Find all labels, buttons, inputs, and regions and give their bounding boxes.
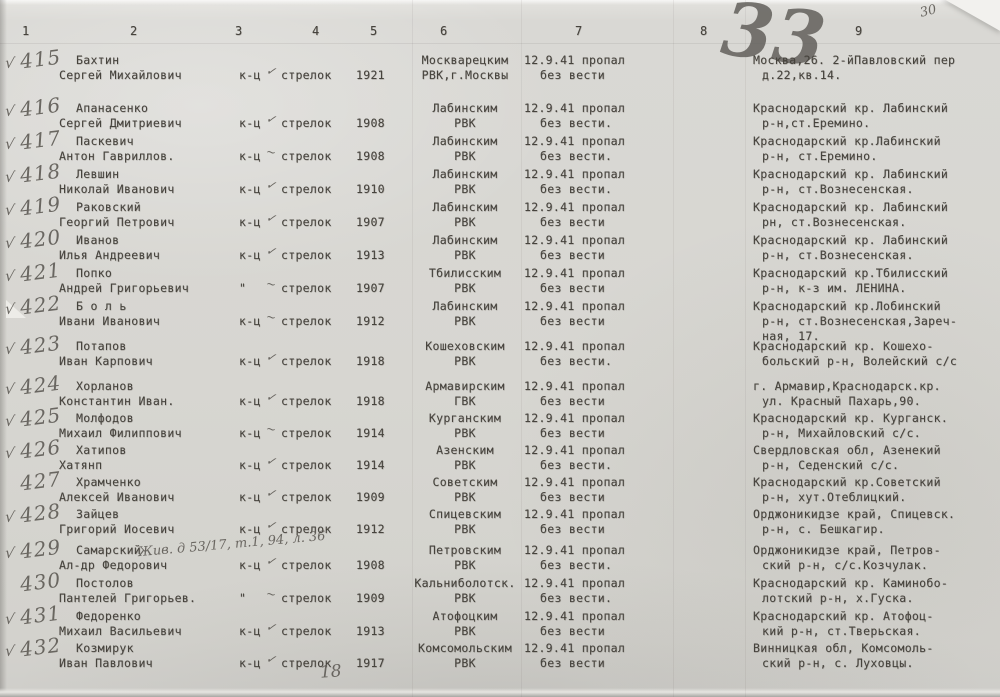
record-number: 424 (19, 371, 63, 400)
birth-year: 1918 (356, 394, 385, 409)
rank: к-ц (239, 558, 261, 573)
pencil-checkmark: √ (4, 233, 16, 252)
birth-year: 1914 (356, 426, 385, 441)
given-name-patronymic: Пантелей Григорьев. (59, 591, 196, 606)
rank: к-ц (239, 215, 261, 230)
casualty-status-line2: без вести. (540, 182, 612, 197)
record-row-423: √423ПотаповИван Карповичк-ц✓стрелок1918К… (0, 339, 1000, 379)
military-position: стрелок (281, 591, 332, 606)
rank: к-ц (239, 116, 261, 131)
pencil-checkmark: √ (4, 101, 16, 120)
pencil-tick: ~ (265, 309, 277, 325)
casualty-status-line2: без вести. (540, 116, 612, 131)
home-address-line2: больский р-н, Волейский с/с (762, 354, 957, 369)
pencil-checkmark: √ (4, 543, 16, 562)
pencil-checkmark: √ (4, 609, 16, 628)
home-address-line1: Краснодарский кр.Лобинский (753, 299, 941, 314)
column-number-6: 6 (440, 24, 448, 39)
rank: к-ц (239, 490, 261, 505)
casualty-status-line1: 12.9.41 пропал (524, 233, 625, 248)
military-position: стрелок (281, 116, 332, 131)
record-number: 423 (19, 331, 63, 360)
home-address-line2: р-н,ст.Еремино. (762, 116, 870, 131)
record-row-426: √426ХатиповХатянпк-ц✓стрелок1914Азенским… (0, 443, 1000, 475)
pencil-checkmark: √ (4, 266, 16, 285)
home-address-line1: Краснодарский кр. Лабинский (753, 167, 948, 182)
enlistment-office: Лабинским (406, 299, 524, 314)
record-row-432: √432КозмирукИван Павловичк-ц✓стрелок1917… (0, 641, 1000, 674)
pencil-tick: ✓ (265, 243, 277, 259)
record-number: 429 (19, 535, 63, 564)
home-address-line1: Орджоникидзе край, Петров- (753, 543, 941, 558)
record-row-422: √422Б о л ьИвани Ивановичк-ц~стрелок1912… (0, 299, 1000, 339)
given-name-patronymic: Антон Гавриллов. (59, 149, 175, 164)
casualty-status-line2: без вести. (540, 458, 612, 473)
enlistment-office: Лабинским (406, 134, 524, 149)
birth-year: 1908 (356, 558, 385, 573)
rank: к-ц (239, 624, 261, 639)
record-row-430: 430ПостоловПантелей Григорьев."~стрелок1… (0, 576, 1000, 609)
casualty-status-line2: без вести (540, 426, 605, 441)
pencil-tick: ✓ (265, 517, 277, 533)
rank: к-ц (239, 248, 261, 263)
scan-bottom-edge (0, 688, 1000, 697)
pencil-checkmark: √ (4, 299, 16, 318)
home-address-line1: Москва,26. 2-йПавловский пер (753, 53, 955, 68)
military-position: стрелок (281, 490, 332, 505)
birth-year: 1907 (356, 281, 385, 296)
surname: Паскевич (76, 134, 134, 149)
record-row-428: √428ЗайцевГригорий Иосевичк-ц✓стрелок191… (0, 507, 1000, 543)
rank: " (239, 281, 246, 296)
military-position: стрелок (281, 215, 332, 230)
casualty-status-line1: 12.9.41 пропал (524, 507, 625, 522)
given-name-patronymic: Сергей Михайлович (59, 68, 182, 83)
military-position: стрелок (281, 314, 332, 329)
pencil-tick: ✓ (265, 349, 277, 365)
record-row-418: √418ЛевшинНиколай Ивановичк-ц✓стрелок191… (0, 167, 1000, 200)
surname: Попко (76, 266, 112, 281)
casualty-status-line1: 12.9.41 пропал (524, 266, 625, 281)
casualty-status-line2: без вести (540, 248, 605, 263)
rank: к-ц (239, 426, 261, 441)
enlistment-office-line2: РВК (406, 354, 524, 369)
casualty-status-line1: 12.9.41 пропал (524, 339, 625, 354)
enlistment-office: Петровским (406, 543, 524, 558)
casualty-status-line1: 12.9.41 пропал (524, 53, 625, 68)
enlistment-office-line2: РВК (406, 426, 524, 441)
rank: к-ц (239, 149, 261, 164)
military-position: стрелок (281, 624, 332, 639)
given-name-patronymic: Ивани Иванович (59, 314, 160, 329)
pencil-checkmark: √ (4, 379, 16, 398)
scanned-document-page: 123456789 33 30 √415БахтинСергей Михайло… (0, 0, 1000, 697)
pencil-tick: ~ (265, 421, 277, 437)
military-position: стрелок (281, 558, 332, 573)
surname: Левшин (76, 167, 119, 182)
casualty-status-line1: 12.9.41 пропал (524, 576, 625, 591)
military-position: стрелок (281, 149, 332, 164)
column-number-8: 8 (700, 24, 708, 39)
enlistment-office: Лабинским (406, 200, 524, 215)
surname: Иванов (76, 233, 119, 248)
surname: Бахтин (76, 53, 119, 68)
birth-year: 1910 (356, 182, 385, 197)
record-number: 417 (19, 126, 63, 155)
enlistment-office: Курганским (406, 411, 524, 426)
casualty-status-line1: 12.9.41 пропал (524, 411, 625, 426)
given-name-patronymic: Алексей Иванович (59, 490, 175, 505)
pencil-checkmark: √ (4, 443, 16, 462)
home-address-line2: р-н, с. Бешкагир. (762, 522, 885, 537)
rank: к-ц (239, 68, 261, 83)
casualty-status-line1: 12.9.41 пропал (524, 475, 625, 490)
military-position: стрелок (281, 182, 332, 197)
pencil-checkmark: √ (4, 507, 16, 526)
enlistment-office-line2: РВК (406, 281, 524, 296)
birth-year: 1908 (356, 149, 385, 164)
pencil-note-30: 30 (918, 2, 938, 21)
military-position: стрелок (281, 354, 332, 369)
record-number: 421 (19, 258, 63, 287)
record-number: 427 (19, 467, 63, 496)
pencil-checkmark: √ (4, 134, 16, 153)
record-number: 428 (19, 499, 63, 528)
surname: Потапов (76, 339, 127, 354)
pencil-tick: ~ (265, 586, 277, 602)
home-address-line1: Краснодарский кр.Советский (753, 475, 941, 490)
enlistment-office: Лабинским (406, 167, 524, 182)
casualty-status-line1: 12.9.41 пропал (524, 101, 625, 116)
column-number-9: 9 (855, 24, 863, 39)
home-address-line2: ский р-н, с/с.Козчулак. (762, 558, 928, 573)
folded-page-corner (942, 0, 1000, 32)
home-address-line1: Краснодарский кр.Лабинский (753, 134, 941, 149)
record-number: 419 (19, 192, 63, 221)
surname: Раковский (76, 200, 141, 215)
pencil-checkmark: √ (4, 200, 16, 219)
home-address-line2: ский р-н, с. Луховцы. (762, 656, 914, 671)
surname: Козмирук (76, 641, 134, 656)
pencil-tick: ✓ (265, 453, 277, 469)
birth-year: 1921 (356, 68, 385, 83)
pencil-tick: ~ (265, 144, 277, 160)
home-address-line1: Краснодарский кр. Лабинский (753, 233, 948, 248)
casualty-status-line1: 12.9.41 пропал (524, 167, 625, 182)
casualty-status-line2: без вести. (540, 591, 612, 606)
casualty-status-line2: без вести (540, 624, 605, 639)
enlistment-office: Кальниболотск. (406, 576, 524, 591)
column-number-4: 4 (312, 24, 320, 39)
surname: Храмченко (76, 475, 141, 490)
surname: Постолов (76, 576, 134, 591)
casualty-status-line1: 12.9.41 пропал (524, 609, 625, 624)
home-address-line1: г. Армавир,Краснодарск.кр. (753, 379, 941, 394)
record-number: 422 (19, 291, 63, 320)
home-address-line1: Краснодарский кр. Атофоц- (753, 609, 934, 624)
casualty-status-line2: без вести (540, 394, 605, 409)
birth-year: 1913 (356, 248, 385, 263)
record-row-424: √424ХорлановКонстантин Иван.к-ц✓стрелок1… (0, 379, 1000, 411)
rank: к-ц (239, 354, 261, 369)
enlistment-office: Комсомольским (406, 641, 524, 656)
military-position: стрелок (281, 426, 332, 441)
enlistment-office: Спицевским (406, 507, 524, 522)
casualty-status-line1: 12.9.41 пропал (524, 299, 625, 314)
home-address-line1: Краснодарский кр. Кошехо- (753, 339, 934, 354)
given-name-patronymic: Константин Иван. (59, 394, 175, 409)
casualty-status-line2: без вести (540, 490, 605, 505)
enlistment-office: Москварецким (406, 53, 524, 68)
casualty-status-line1: 12.9.41 пропал (524, 641, 625, 656)
pencil-tick: ✓ (265, 111, 277, 127)
birth-year: 1912 (356, 314, 385, 329)
surname: Хатипов (76, 443, 127, 458)
surname: Федоренко (76, 609, 141, 624)
birth-year: 1909 (356, 490, 385, 505)
enlistment-office-line2: РВК (406, 215, 524, 230)
home-address-line1: Свердловская обл, Азенекий (753, 443, 941, 458)
column-number-7: 7 (575, 24, 583, 39)
record-number: 431 (19, 600, 63, 629)
casualty-status-line1: 12.9.41 пропал (524, 543, 625, 558)
enlistment-office-line2: РВК (406, 182, 524, 197)
casualty-status-line2: без вести (540, 68, 605, 83)
pencil-tick: ✓ (265, 485, 277, 501)
enlistment-office-line2: РВК (406, 458, 524, 473)
casualty-status-line1: 12.9.41 пропал (524, 379, 625, 394)
home-address-line2: р-н, ст.Вознесенская. (762, 182, 914, 197)
record-row-421: √421ПопкоАндрей Григорьевич"~стрелок1907… (0, 266, 1000, 299)
birth-year: 1912 (356, 522, 385, 537)
record-row-429: √429СамарскийАл-др Федоровичк-ц✓стрелок1… (0, 543, 1000, 576)
home-address-line1: Краснодарский кр. Курганск. (753, 411, 948, 426)
home-address-line2: р-н, ст.Вознесенская. (762, 248, 914, 263)
enlistment-office: Лабинским (406, 101, 524, 116)
military-position: стрелок (281, 281, 332, 296)
casualty-status-line1: 12.9.41 пропал (524, 200, 625, 215)
rank: к-ц (239, 656, 261, 671)
record-row-415: √415БахтинСергей Михайловичк-ц✓стрелок19… (0, 53, 1000, 101)
home-address-line2: кий р-н, ст.Тверьская. (762, 624, 921, 639)
home-address-line2: д.22,кв.14. (762, 68, 841, 83)
given-name-patronymic: Илья Андреевич (59, 248, 160, 263)
military-position: стрелок (281, 458, 332, 473)
given-name-patronymic: Михаил Филиппович (59, 426, 182, 441)
birth-year: 1907 (356, 215, 385, 230)
record-number: 415 (19, 45, 63, 74)
birth-year: 1908 (356, 116, 385, 131)
birth-year: 1909 (356, 591, 385, 606)
record-rows: √415БахтинСергей Михайловичк-ц✓стрелок19… (0, 53, 1000, 674)
casualty-status-line2: без вести. (540, 149, 612, 164)
surname: Хорланов (76, 379, 134, 394)
pencil-checkmark: √ (4, 339, 16, 358)
enlistment-office-line2: РВК,г.Москвы (406, 68, 524, 83)
enlistment-office-line2: РВК (406, 490, 524, 505)
home-address-line2: р-н, Михайловский с/с. (762, 426, 921, 441)
pencil-tick: ✓ (265, 63, 277, 79)
scan-top-edge (0, 0, 1000, 5)
casualty-status-line2: без вести (540, 281, 605, 296)
casualty-status-line1: 12.9.41 пропал (524, 134, 625, 149)
pencil-tick: ✓ (265, 389, 277, 405)
surname: Самарский (76, 543, 141, 558)
enlistment-office-line2: РВК (406, 116, 524, 131)
surname: Апанасенко (76, 101, 148, 116)
given-name-patronymic: Григорий Иосевич (59, 522, 175, 537)
enlistment-office: Кошеховским (406, 339, 524, 354)
record-row-431: √431ФедоренкоМихаил Васильевичк-ц✓стрело… (0, 609, 1000, 642)
casualty-status-line2: без вести (540, 314, 605, 329)
record-number: 425 (19, 403, 63, 432)
given-name-patronymic: Сергей Дмитриевич (59, 116, 182, 131)
given-name-patronymic: Михаил Васильевич (59, 624, 182, 639)
pencil-checkmark: √ (4, 641, 16, 660)
given-name-patronymic: Иван Карпович (59, 354, 153, 369)
home-address-line1: Краснодарский кр. Лабинский (753, 200, 948, 215)
home-address-line2: р-н, Седенский с/с. (762, 458, 899, 473)
enlistment-office: Тбилисским (406, 266, 524, 281)
enlistment-office: Азенским (406, 443, 524, 458)
casualty-status-line2: без вести. (540, 558, 612, 573)
column-number-2: 2 (130, 24, 138, 39)
given-name-patronymic: Георгий Петрович (59, 215, 175, 230)
given-name-patronymic: Ал-др Федорович (59, 558, 167, 573)
pencil-tick: ✓ (265, 177, 277, 193)
pencil-tick: ✓ (265, 210, 277, 226)
enlistment-office: Атофоцким (406, 609, 524, 624)
surname: Молфодов (76, 411, 134, 426)
given-name-patronymic: Николай Иванович (59, 182, 175, 197)
pencil-tick: ✓ (265, 553, 277, 569)
birth-year: 1917 (356, 656, 385, 671)
home-address-line2: рн, ст.Вознесенская. (762, 215, 906, 230)
header-rule (0, 43, 1000, 44)
record-row-427: 427ХрамченкоАлексей Ивановичк-ц✓стрелок1… (0, 475, 1000, 507)
record-number: 432 (19, 633, 63, 662)
casualty-status-line1: 12.9.41 пропал (524, 443, 625, 458)
rank: к-ц (239, 182, 261, 197)
enlistment-office-line2: РВК (406, 248, 524, 263)
home-address-line2: ул. Красный Пахарь,90. (762, 394, 921, 409)
pencil-page-number: 18 (319, 661, 342, 682)
enlistment-office: Лабинским (406, 233, 524, 248)
record-number: 430 (19, 568, 63, 597)
rank: к-ц (239, 394, 261, 409)
military-position: стрелок (281, 68, 332, 83)
casualty-status-line2: без вести. (540, 354, 612, 369)
pencil-tick: ~ (265, 276, 277, 292)
birth-year: 1913 (356, 624, 385, 639)
surname: Зайцев (76, 507, 119, 522)
column-number-3: 3 (235, 24, 243, 39)
home-address-line2: лотский р-н, х.Гуска. (762, 591, 914, 606)
given-name-patronymic: Хатянп (59, 458, 102, 473)
rank: " (239, 591, 246, 606)
record-number: 420 (19, 225, 63, 254)
military-position: стрелок (281, 394, 332, 409)
enlistment-office-line2: РВК (406, 314, 524, 329)
enlistment-office-line2: РВК (406, 591, 524, 606)
home-address-line1: Краснодарский кр.Тбилисский (753, 266, 948, 281)
record-number: 416 (19, 93, 63, 122)
pencil-tick: ✓ (265, 619, 277, 635)
home-address-line2: р-н, к-з им. ЛЕНИНА. (762, 281, 906, 296)
rank: к-ц (239, 458, 261, 473)
home-address-line2: р-н, ст.Еремино. (762, 149, 878, 164)
enlistment-office-line2: ГВК (406, 394, 524, 409)
home-address-line2: р-н, хут.Отеблицкий. (762, 490, 906, 505)
column-number-5: 5 (370, 24, 378, 39)
rank: к-ц (239, 314, 261, 329)
record-row-417: √417ПаскевичАнтон Гавриллов.к-ц~стрелок1… (0, 134, 1000, 167)
enlistment-office: Армавирским (406, 379, 524, 394)
pencil-checkmark: √ (4, 411, 16, 430)
surname: Б о л ь (76, 299, 127, 314)
birth-year: 1914 (356, 458, 385, 473)
military-position: стрелок (281, 248, 332, 263)
given-name-patronymic: Андрей Григорьевич (59, 281, 189, 296)
casualty-status-line2: без вести (540, 522, 605, 537)
home-address-line2: р-н, ст.Вознесенская,Зареч- (762, 314, 957, 329)
pencil-checkmark: √ (4, 53, 16, 72)
record-row-425: √425МолфодовМихаил Филипповичк-ц~стрелок… (0, 411, 1000, 443)
record-row-419: √419РаковскийГеоргий Петровичк-ц✓стрелок… (0, 200, 1000, 233)
casualty-status-line2: без вести (540, 215, 605, 230)
enlistment-office-line2: РВК (406, 149, 524, 164)
enlistment-office: Советским (406, 475, 524, 490)
home-address-line1: Винницкая обл, Комсомоль- (753, 641, 934, 656)
birth-year: 1918 (356, 354, 385, 369)
home-address-line1: Орджоникидзе край, Спицевск. (753, 507, 955, 522)
pencil-checkmark: √ (4, 167, 16, 186)
home-address-line1: Краснодарский кр. Каминобо- (753, 576, 948, 591)
record-number: 418 (19, 159, 63, 188)
given-name-patronymic: Иван Павлович (59, 656, 153, 671)
home-address-line1: Краснодарский кр. Лабинский (753, 101, 948, 116)
enlistment-office-line2: РВК (406, 522, 524, 537)
record-number: 426 (19, 435, 63, 464)
enlistment-office-line2: РВК (406, 656, 524, 671)
pencil-tick: ✓ (265, 651, 277, 667)
record-row-420: √420ИвановИлья Андреевичк-ц✓стрелок1913Л… (0, 233, 1000, 266)
enlistment-office-line2: РВК (406, 558, 524, 573)
enlistment-office-line2: РВК (406, 624, 524, 639)
column-number-1: 1 (22, 24, 30, 39)
casualty-status-line2: без вести (540, 656, 605, 671)
record-row-416: √416АпанасенкоСергей Дмитриевичк-ц✓стрел… (0, 101, 1000, 134)
